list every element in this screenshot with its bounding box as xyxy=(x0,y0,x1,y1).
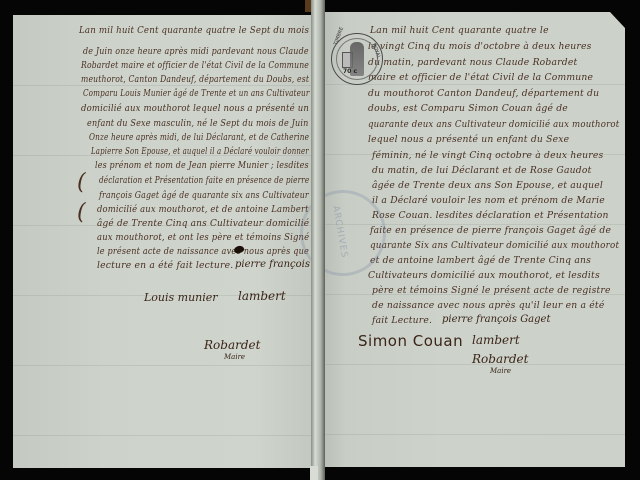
right-text-line: du matin, pardevant nous Claude Robardet xyxy=(368,57,577,68)
right-text-line: lequel nous a présenté un enfant du Sexe xyxy=(368,134,569,145)
left-text-line: lecture en a été fait lecture. xyxy=(97,260,233,271)
left-text-line: les prénom et nom de Jean pierre Munier … xyxy=(95,160,309,171)
right-text-line: doubs, est Comparu Simon Couan âgé de xyxy=(368,103,568,114)
right-text-line: le vingt Cinq du mois d'octobre à deux h… xyxy=(368,41,592,52)
left-text-line: domicilié aux mouthorot lequel nous a pr… xyxy=(81,103,309,114)
page-edge xyxy=(310,466,318,480)
left-text-line: françois Gaget âgé de quarante six ans C… xyxy=(99,190,309,201)
margin-bracket: ( xyxy=(77,170,86,195)
right-text-line: quarante Six ans Cultivateur domicilié a… xyxy=(370,240,619,251)
right-text-line: faite en présence de pierre françois Gag… xyxy=(370,225,611,236)
tax-stamp: TIMBRE ROYAL 70 c xyxy=(331,33,383,85)
left-text-line: le présent acte de naissance avec nous a… xyxy=(97,246,309,257)
left-text-line: âgé de Trente Cinq ans Cultivateur domic… xyxy=(97,218,309,229)
signature-witness-lambert: lambert xyxy=(238,289,286,303)
right-text-line: quarante deux ans Cultivateur domicilié … xyxy=(368,119,619,130)
right-text-line: et de antoine lambert âgé de Trente Cinq… xyxy=(370,255,591,266)
margin-bracket: ( xyxy=(77,200,86,225)
right-text-line: de naissance avec nous après qu'il leur … xyxy=(372,300,604,311)
right-text-line: du mouthorot Canton Dandeuf, département… xyxy=(368,88,599,99)
left-text-line: meuthorot, Canton Dandeuf, département d… xyxy=(81,74,309,85)
right-text-line: âgée de Trente deux ans Son Epouse, et a… xyxy=(372,180,603,191)
right-text-line: féminin, né le vingt Cinq octobre à deux… xyxy=(372,150,603,161)
stamp-value: 70 c xyxy=(343,68,357,75)
left-text-line: enfant du Sexe masculin, né le Sept du m… xyxy=(87,118,309,129)
left-text-line: Onze heure après midi, de lui Déclarant,… xyxy=(89,132,309,143)
left-text-line: Robardet maire et officier de l'état Civ… xyxy=(81,60,309,71)
left-text-line: aux mouthorot, et ont les père et témoin… xyxy=(97,232,309,243)
signature-witness-gaget: pierre françois Gaget xyxy=(442,314,550,325)
signature-father: Louis munier xyxy=(144,291,218,304)
right-text-line: il a Déclaré vouloir les nom et prénom d… xyxy=(372,195,605,206)
right-text-line: père et témoins Signé le présent acte de… xyxy=(372,285,611,296)
left-text-line: domicilié aux mouthorot, et de antoine L… xyxy=(97,204,309,215)
right-text-line: maire et officier de l'état Civil de la … xyxy=(368,72,593,83)
right-text-line: Cultivateurs domicilié aux mouthorot, et… xyxy=(368,270,600,281)
left-text-line: Comparu Louis Munier âgé de Trente et un… xyxy=(83,88,309,99)
right-text-line: Rose Couan. lesdites déclaration et Prés… xyxy=(372,210,609,221)
left-text-line: déclaration et Présentation faite en pré… xyxy=(99,175,309,186)
mayor-title: Maire xyxy=(224,353,245,361)
right-text-line: Lan mil huit Cent quarante quatre le xyxy=(370,25,549,36)
mayor-title: Maire xyxy=(490,367,511,375)
signature-witness-lambert: lambert xyxy=(472,333,520,347)
signature-father: Simon Couan xyxy=(358,332,463,350)
signature-mayor: Robardet xyxy=(472,352,528,366)
signature-witness-gaget: pierre françois Gaget xyxy=(235,259,315,270)
left-page: Lan mil huit Cent quarante quatre le Sep… xyxy=(13,15,315,468)
signature-mayor: Robardet xyxy=(204,338,260,352)
book-spine xyxy=(311,0,325,480)
right-text-line: fait Lecture. xyxy=(372,315,432,326)
left-text-line: Lapierre Son Epouse, et auquel il a Décl… xyxy=(91,146,309,157)
right-text-line: du matin, de lui Déclarant et de Rose Ga… xyxy=(372,165,591,176)
left-text-line: de Juin onze heure après midi pardevant … xyxy=(83,46,309,57)
left-text-line: Lan mil huit Cent quarante quatre le Sep… xyxy=(79,25,309,36)
